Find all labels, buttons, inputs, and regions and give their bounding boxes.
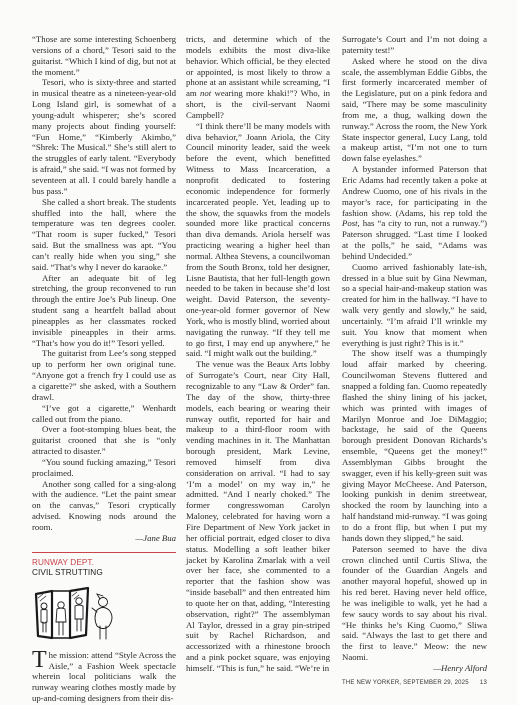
paragraph: The show itself was a thumpingly loud af… [342,348,487,543]
paragraph: Cuomo arrived fashionably late-ish, dres… [342,262,487,349]
text-run: A bystander informed Paterson that Eric … [342,164,487,217]
paragraph: Surrogate’s Court and I’m not doing a pa… [342,34,487,56]
paragraph: Over a foot-stomping blues beat, the gui… [32,424,176,457]
article-headline: CIVIL STRUTTING [32,568,176,578]
paragraph: “You sound fucking amazing,” Tesori proc… [32,457,176,479]
paragraph: After an adequate bit of leg stretching,… [32,273,176,349]
paragraph: “I’ve got a cigarette,” Wenhardt called … [32,403,176,425]
paragraph: She called a short break. The students s… [32,197,176,273]
publication-dateline: THE NEW YORKER, SEPTEMBER 29, 2025 [342,680,469,686]
opening-text: he mission: attend “Style Across the Ais… [32,650,176,703]
paragraph: A bystander informed Paterson that Eric … [342,164,487,262]
emphasis: Post, [342,218,360,228]
page-footer: THE NEW YORKER, SEPTEMBER 29, 2025 13 [342,680,487,686]
column-3: Surrogate’s Court and I’m not doing a pa… [342,34,487,674]
section-divider [32,552,176,553]
emphasis: not [200,88,211,98]
paragraph: “I think there’ll be many models with di… [186,121,330,360]
paragraph: Paterson seemed to have the diva crown c… [342,544,487,663]
paragraph: “Those are some interesting Schoenberg v… [32,34,176,77]
paragraph: Tesori, who is sixty-three and started i… [32,77,176,196]
paragraph: The venue was the Beaux Arts lobby of Su… [186,359,330,673]
paragraph: The guitarist from Lee’s song stepped up… [32,348,176,402]
byline-signature: —Henry Alford [342,663,487,674]
paragraph: Asked where he stood on the diva scale, … [342,56,487,164]
page-number: 13 [480,680,487,686]
paragraph: tricts, and determine which of the model… [186,34,330,121]
text-run: has “a city to run, not a runway.”) Pate… [342,218,487,261]
column-2: tricts, and determine which of the model… [186,34,330,674]
column-1: “Those are some interesting Schoenberg v… [32,34,176,704]
illustration-mirror-icon [34,586,120,642]
magazine-page: “Those are some interesting Schoenberg v… [0,0,517,705]
dropcap-letter: T [32,650,49,670]
byline-signature: —Jane Bua [32,533,176,544]
department-label: RUNWAY DEPT. [32,558,176,568]
paragraph: Another song called for a sing-along wit… [32,479,176,533]
article-opening: The mission: attend “Style Across the Ai… [32,650,176,704]
